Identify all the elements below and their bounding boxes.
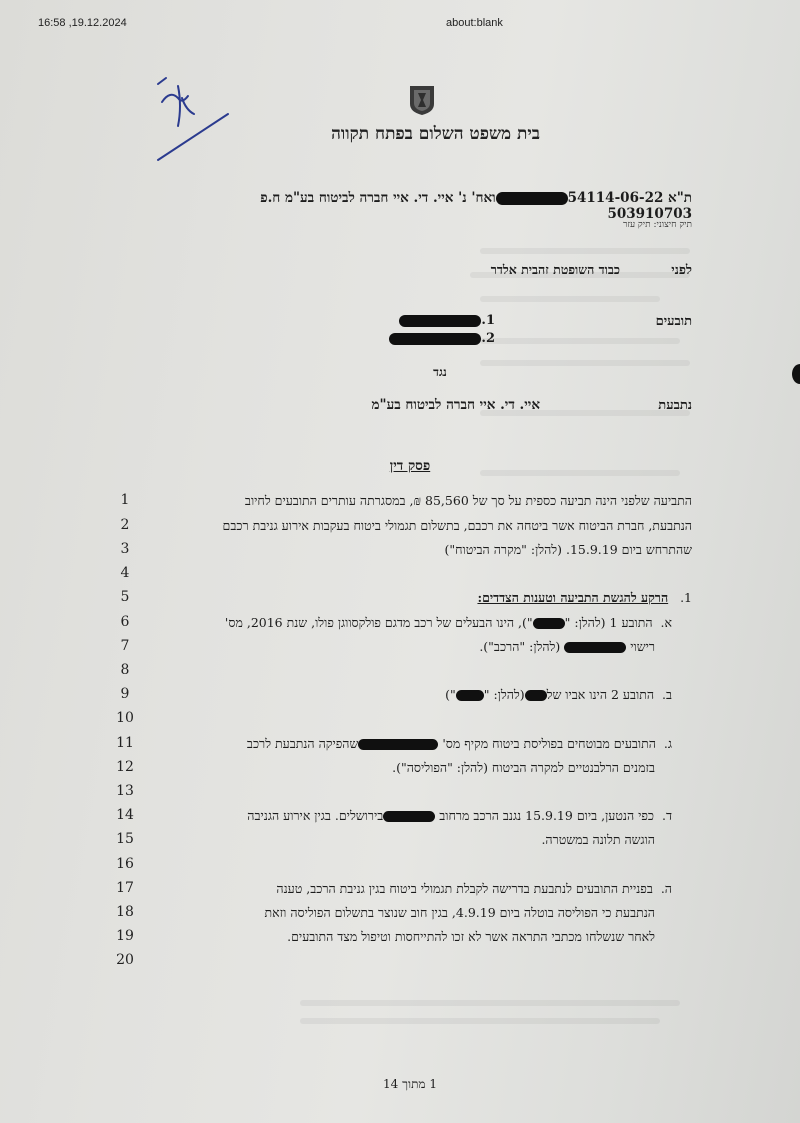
line-number: 1	[112, 492, 138, 508]
item-d-line-1: ד. כפי הנטען, ביום 15.9.19 נגנב הרכב מרח…	[150, 808, 672, 824]
state-emblem-icon	[408, 84, 436, 116]
redaction	[383, 811, 435, 822]
line-number: 14	[112, 807, 138, 823]
item-c-line-1: ג. התובעים מבוטחים בפוליסת ביטוח מקיף מס…	[150, 736, 672, 752]
line-number: 13	[112, 783, 138, 799]
judge-name: כבוד השופטת זהבית אלדר	[420, 262, 620, 278]
item-c-line-2: בזמנים הרלבנטיים למקרה הביטוח (להלן: "הפ…	[150, 760, 655, 776]
defendant-name: איי. די. איי חברה לביטוח בע"מ	[300, 397, 540, 413]
item-d-line-2: הוגשה תלונה במשטרה.	[300, 832, 655, 848]
redaction	[456, 690, 484, 701]
line-number: 12	[112, 759, 138, 775]
print-url: about:blank	[446, 17, 503, 29]
versus-label: נגד	[400, 365, 480, 380]
line-number: 4	[112, 565, 138, 581]
redaction	[496, 192, 568, 205]
handwritten-mark	[148, 76, 238, 166]
line-number: 10	[112, 710, 138, 726]
line-number: 9	[112, 686, 138, 702]
case-number: ת"א 54114-06-22ואח' נ' איי. די. איי חברה…	[180, 190, 692, 222]
redaction	[358, 739, 438, 750]
before-label: לפני	[640, 262, 692, 278]
page-number: 1 מתוך 14	[370, 1077, 450, 1092]
court-name: בית משפט השלום בפתח תקווה	[300, 124, 540, 144]
body-line: שהתרחש ביום 15.9.19. (להלן: "מקרה הביטוח…	[152, 542, 692, 558]
plaintiff-1: .1	[380, 313, 495, 328]
line-number: 11	[112, 735, 138, 751]
item-b-line: ב. התובע 2 הינו אביו של(להלן: "")	[300, 687, 672, 703]
line-number: 17	[112, 880, 138, 896]
item-a-line-1: א. התובע 1 (להלן: ""), הינו הבעלים של רכ…	[150, 615, 672, 631]
print-datetime: 16:58 ,19.12.2024	[38, 17, 127, 29]
defendant-label: נתבעת	[620, 397, 692, 413]
line-number: 15	[112, 831, 138, 847]
redaction	[564, 642, 626, 653]
aux-file: תיק חיצוני: תיק עזר	[520, 219, 692, 230]
plaintiffs-label: תובעים	[610, 313, 692, 329]
item-e-line-2: הנתבעת כי הפוליסה בוטלה ביום 4.9.19, בגי…	[150, 905, 655, 921]
line-number: 2	[112, 517, 138, 533]
body-line: התביעה שלפני הינה תביעה כספית על סך של 8…	[152, 493, 692, 509]
line-number: 7	[112, 638, 138, 654]
item-e-line-1: ה. בפניית התובעים לנתבעת בדרישה לקבלת תג…	[150, 881, 672, 897]
line-number: 20	[112, 952, 138, 968]
case-number-prefix: ת"א 54114-06-22	[568, 190, 692, 206]
redaction	[399, 315, 481, 327]
line-number: 18	[112, 904, 138, 920]
section-heading: 1. הרקע להגשת התביעה וטענות הצדדים:	[300, 590, 692, 606]
redaction	[525, 690, 547, 701]
line-number: 8	[112, 662, 138, 678]
line-number: 5	[112, 589, 138, 605]
body-line: הנתבעת, חברת הביטוח אשר ביטחה את רכבם, ב…	[152, 518, 692, 534]
line-number: 19	[112, 928, 138, 944]
line-number: 3	[112, 541, 138, 557]
item-e-line-3: לאחר שנשלחו מכתבי התראה אשר לא זכו להתיי…	[150, 929, 655, 945]
redaction	[533, 618, 565, 629]
edge-mark	[792, 364, 800, 384]
verdict-title: פסק דין	[360, 458, 460, 474]
item-a-line-2: רישוי (להלן: "הרכב").	[300, 639, 655, 655]
line-number: 16	[112, 856, 138, 872]
plaintiff-2: .2	[380, 331, 495, 346]
line-number: 6	[112, 614, 138, 630]
redaction	[389, 333, 481, 345]
